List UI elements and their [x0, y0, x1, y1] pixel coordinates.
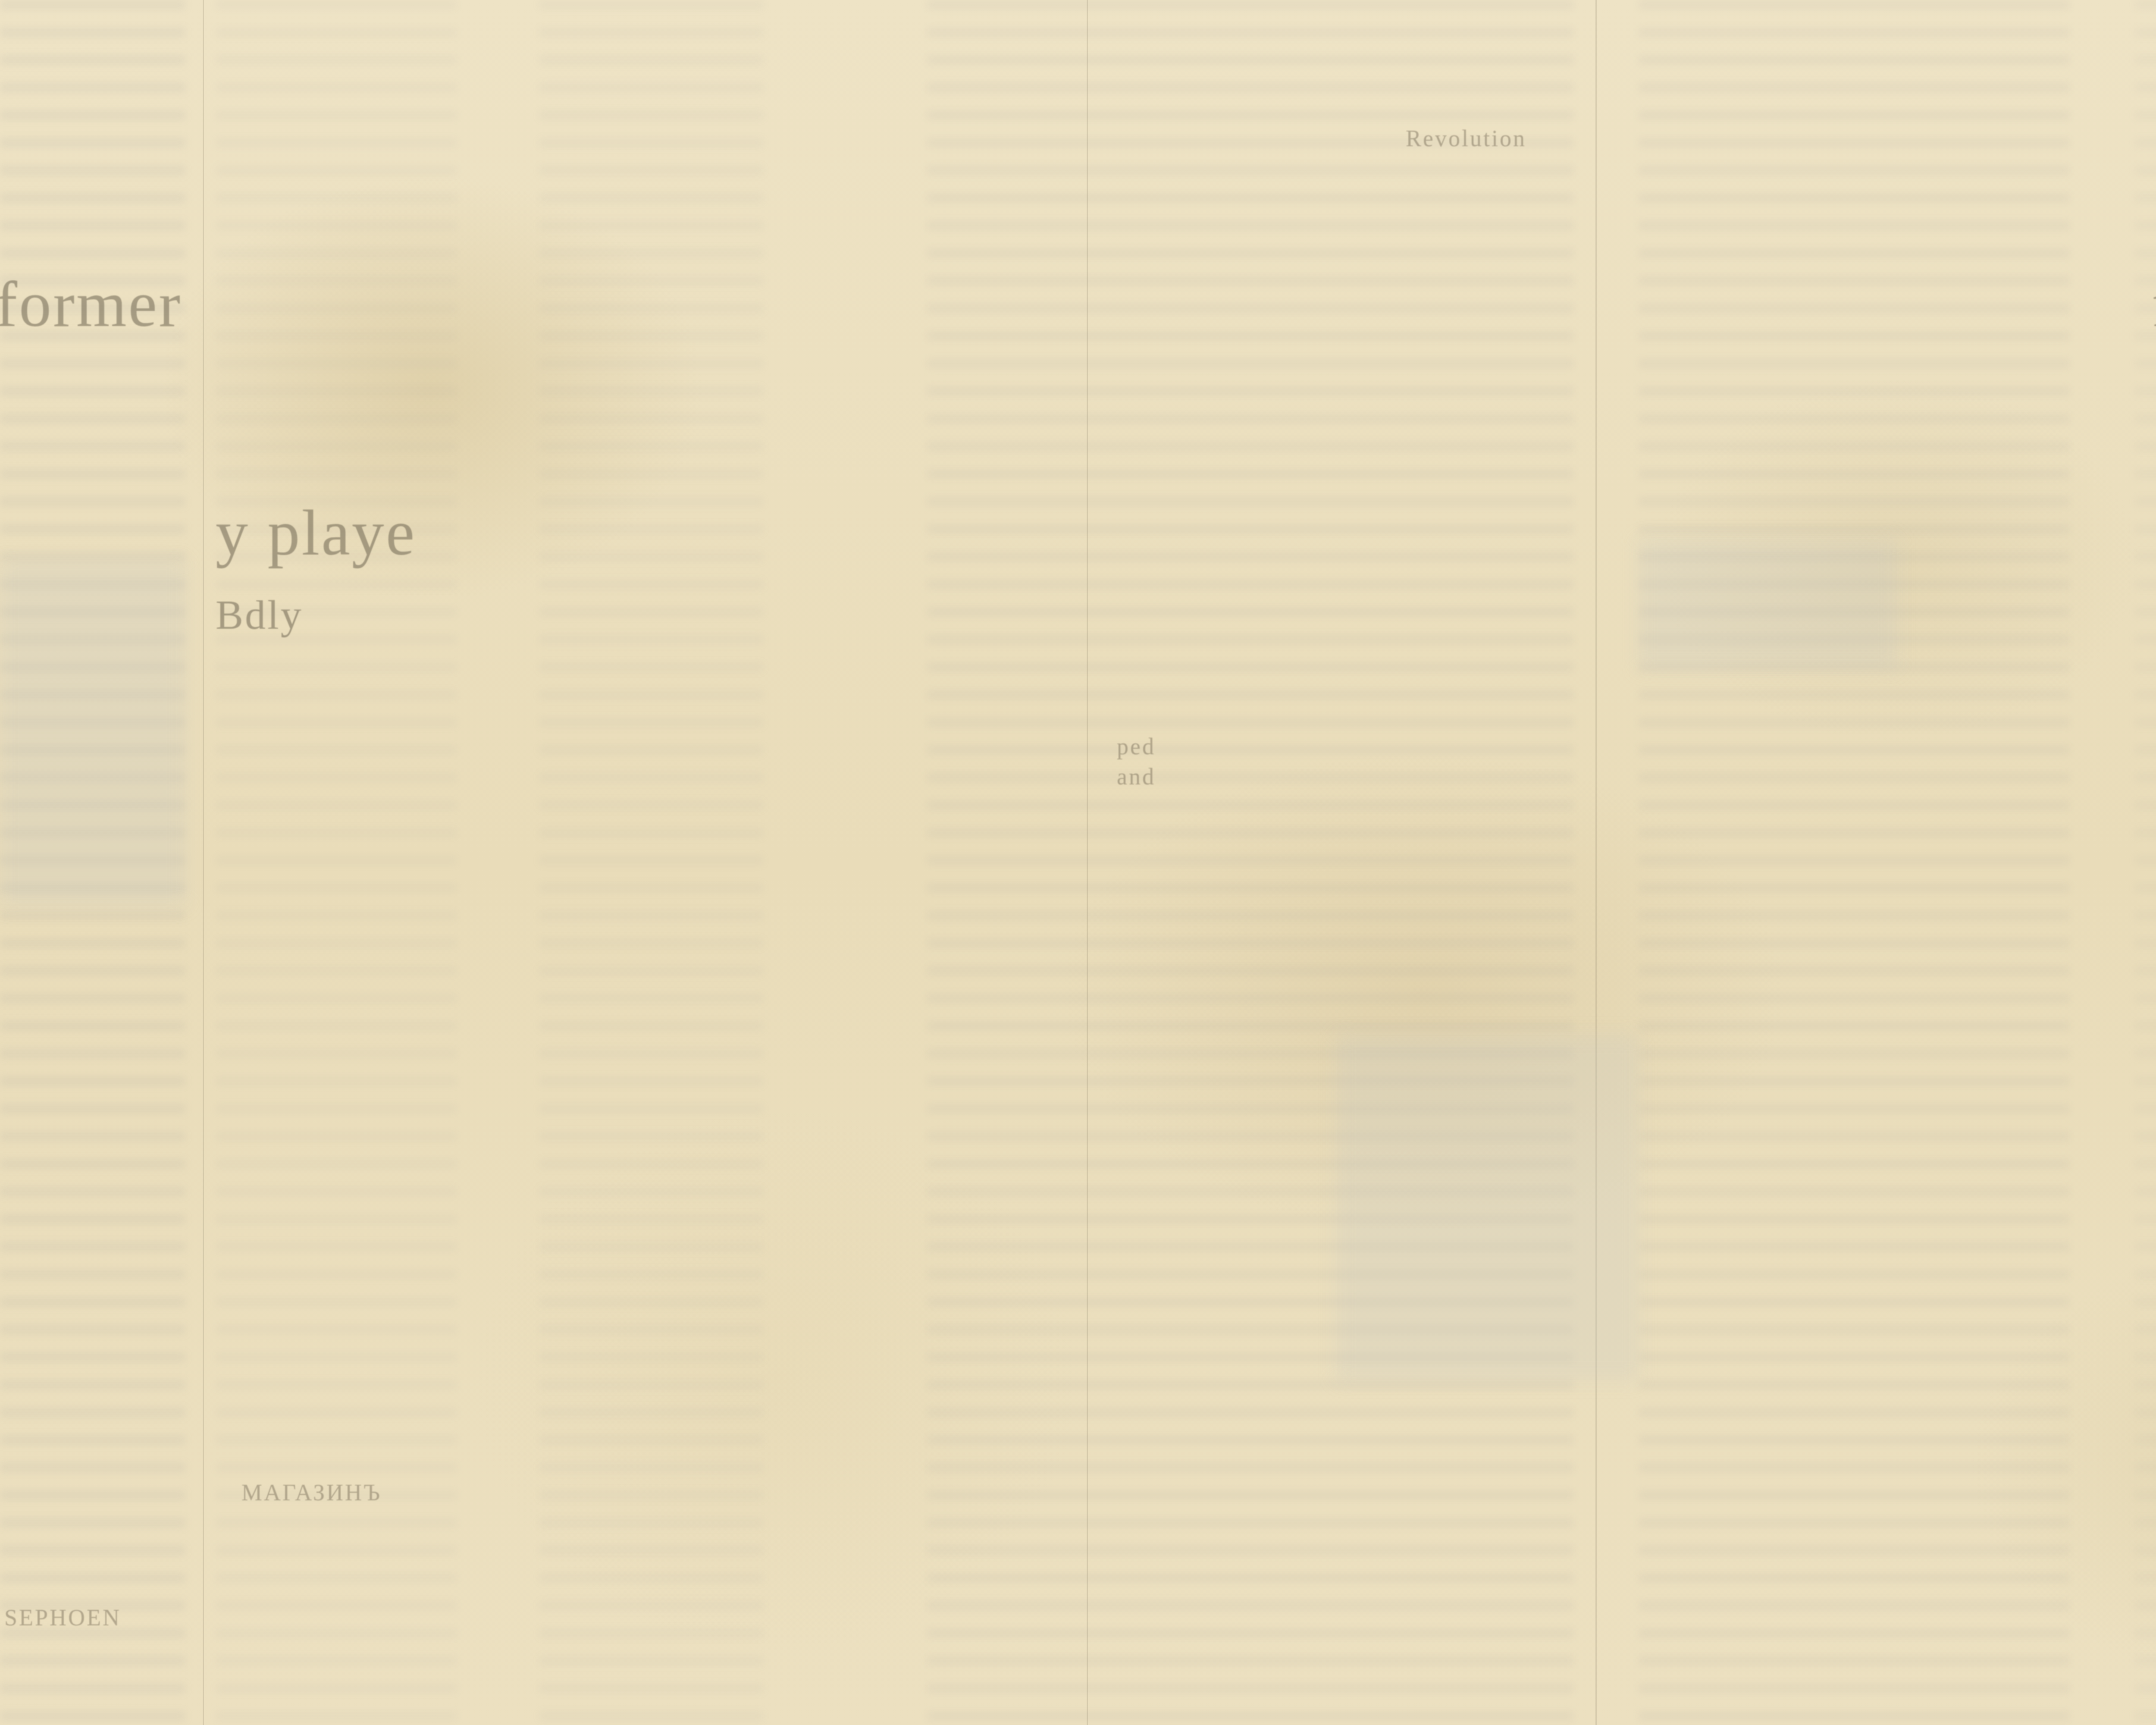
headline-fragment: y playe [216, 496, 416, 570]
faded-photo-patch [1337, 1035, 1639, 1380]
text-fragment: ped [1117, 733, 1156, 760]
column-rule [1087, 0, 1088, 1725]
headline-fragment: former [2152, 267, 2156, 342]
text-column [216, 0, 457, 1725]
headline-fragment: Bdly [216, 591, 303, 639]
text-column [539, 0, 763, 1725]
text-fragment: and [1117, 763, 1156, 790]
text-fragment: SEPHOEN [4, 1604, 121, 1631]
text-fragment: Revolution [1406, 125, 1526, 152]
headline-fragment: former [0, 267, 182, 342]
text-fragment: МАГАЗИНЪ [241, 1479, 382, 1506]
text-column [1639, 0, 2070, 1725]
column-rule [203, 0, 204, 1725]
faded-photo-patch [1639, 539, 1897, 668]
faded-photo-patch [0, 561, 185, 906]
text-column [927, 0, 1574, 1725]
text-column [2134, 0, 2156, 1725]
column-rule [1595, 0, 1597, 1725]
